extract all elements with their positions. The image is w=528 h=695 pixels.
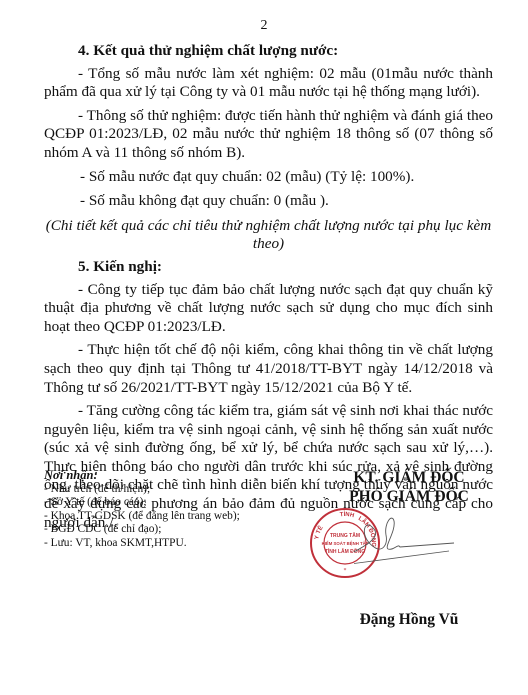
- recipient-item: - Như trên (để th/hiện);: [44, 483, 294, 497]
- section-4-paragraph: - Tổng số mẫu nước làm xét nghiệm: 02 mẫ…: [44, 65, 493, 102]
- signature-block: KT. GIÁM ĐỐC PHÓ GIÁM ĐỐC TỈNH Y TẾ LÂM …: [314, 469, 504, 506]
- recipient-item: - Sở Y tế (để báo cáo);: [44, 496, 294, 510]
- handwritten-signature-icon: [354, 507, 464, 579]
- svg-text:*: *: [344, 568, 347, 574]
- section-4-heading: 4. Kết quả thử nghiệm chất lượng nước:: [44, 42, 493, 61]
- section-4-item: - Số mẫu không đạt quy chuẩn: 0 (mẫu ).: [44, 192, 493, 211]
- document-body: 4. Kết quả thử nghiệm chất lượng nước: -…: [44, 42, 493, 537]
- section-4-item: - Số mẫu nước đạt quy chuẩn: 02 (mẫu) (T…: [44, 168, 493, 187]
- section-4-paragraph: - Thông số thử nghiệm: được tiến hành th…: [44, 107, 493, 163]
- svg-text:TỈNH: TỈNH: [340, 511, 355, 519]
- section-5-heading: 5. Kiến nghị:: [44, 258, 493, 277]
- signer-role-line1: KT. GIÁM ĐỐC: [314, 469, 504, 488]
- section-5-paragraph: - Công ty tiếp tục đảm bảo chất lượng nư…: [44, 281, 493, 337]
- recipients-title: Nơi nhận:: [44, 469, 294, 483]
- signer-role-line2: PHÓ GIÁM ĐỐC: [314, 488, 504, 507]
- section-5-paragraph: - Thực hiện tốt chế độ nội kiểm, công kh…: [44, 341, 493, 397]
- recipient-item: - BGĐ CDC (để chỉ đạo);: [44, 523, 294, 537]
- recipients-block: Nơi nhận: - Như trên (để th/hiện); - Sở …: [44, 469, 294, 551]
- recipient-item: - Lưu: VT, khoa SKMT,HTPU.: [44, 537, 294, 551]
- recipient-item: - Khoa TT-GDSK (để đăng lên trang web);: [44, 510, 294, 524]
- signer-name: Đặng Hồng Vũ: [314, 611, 504, 629]
- appendix-note: (Chi tiết kết quả các chỉ tiêu thử nghiệ…: [36, 217, 501, 254]
- page-number: 2: [0, 18, 528, 34]
